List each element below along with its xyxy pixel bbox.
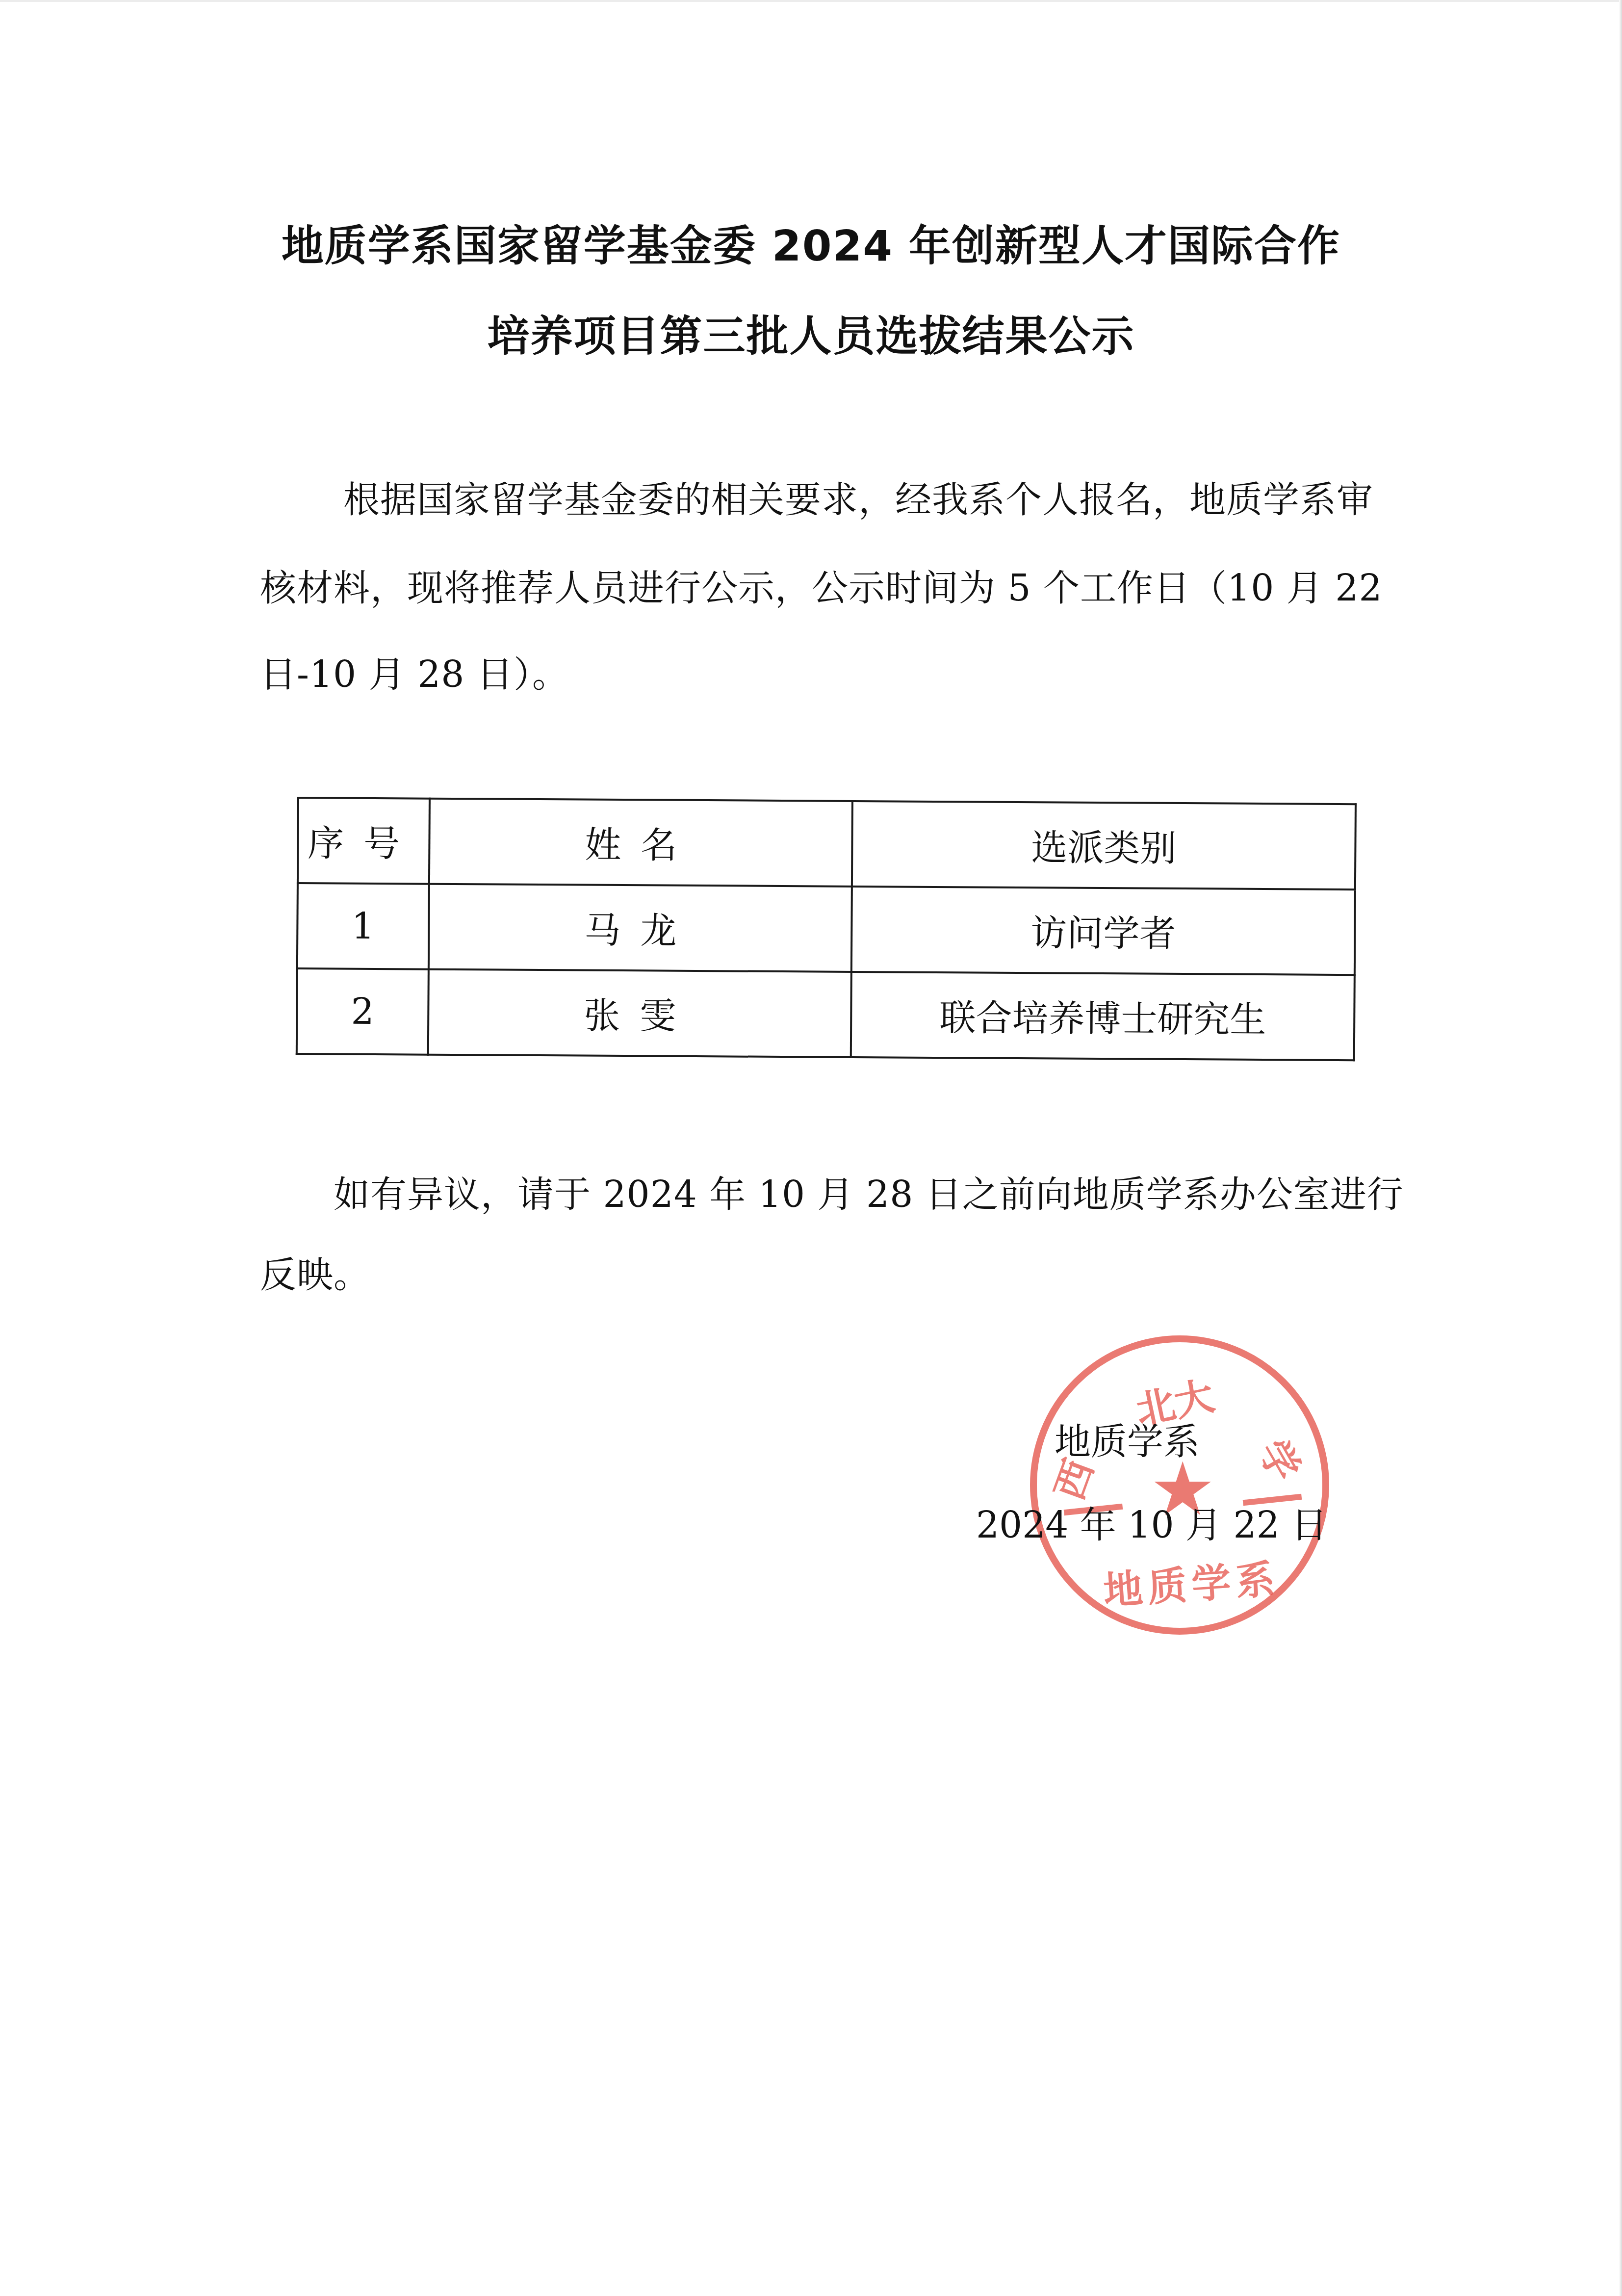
selection-results-table: 序号 姓名 选派类别 1 马龙 访问学者 2 张雯 联合培养博士研究生 (296, 797, 1357, 1061)
cell-name: 马龙 (429, 884, 852, 972)
objection-line-1: 如有异议，请于 2024 年 10 月 28 日之前向地质学系办公室进行 (334, 1166, 1404, 1218)
intro-line-3: 日-10 月 28 日）。 (260, 646, 569, 698)
table-header-row: 序号 姓名 选派类别 (298, 798, 1356, 889)
objection-line-2: 反映。 (260, 1246, 370, 1298)
signature-date: 2024 年 10 月 22 日 (976, 1496, 1327, 1548)
intro-line-2: 核材料，现将推荐人员进行公示，公示时间为 5 个工作日（10 月 22 (260, 559, 1383, 611)
header-index: 序号 (298, 798, 430, 884)
document-page: 地质学系国家留学基金委 2024 年创新型人才国际合作 培养项目第三批人员选拔结… (0, 0, 1622, 2296)
scan-artifact-top (0, 0, 1622, 2)
seal-text-right: 学 (1248, 1428, 1316, 1490)
document-title-line-1: 地质学系国家留学基金委 2024 年创新型人才国际合作 (0, 212, 1622, 273)
cell-name: 张雯 (428, 969, 851, 1057)
table-row: 1 马龙 访问学者 (297, 883, 1355, 975)
cell-index: 2 (297, 968, 429, 1055)
cell-category: 联合培养博士研究生 (851, 972, 1355, 1060)
cell-index: 1 (297, 883, 429, 969)
header-name: 姓名 (429, 799, 853, 887)
header-category: 选派类别 (852, 801, 1356, 889)
intro-line-1: 根据国家留学基金委的相关要求，经我系个人报名，地质学系审 (343, 471, 1373, 523)
cell-category: 访问学者 (851, 887, 1355, 975)
signature-department: 地质学系 (1055, 1413, 1200, 1465)
table-row: 2 张雯 联合培养博士研究生 (297, 968, 1355, 1060)
official-seal: 北大 西 学 ★ 地质学系 (1030, 1335, 1329, 1635)
seal-text-bottom: 地质学系 (1101, 1547, 1281, 1616)
document-title-line-2: 培养项目第三批人员选拔结果公示 (0, 302, 1622, 363)
